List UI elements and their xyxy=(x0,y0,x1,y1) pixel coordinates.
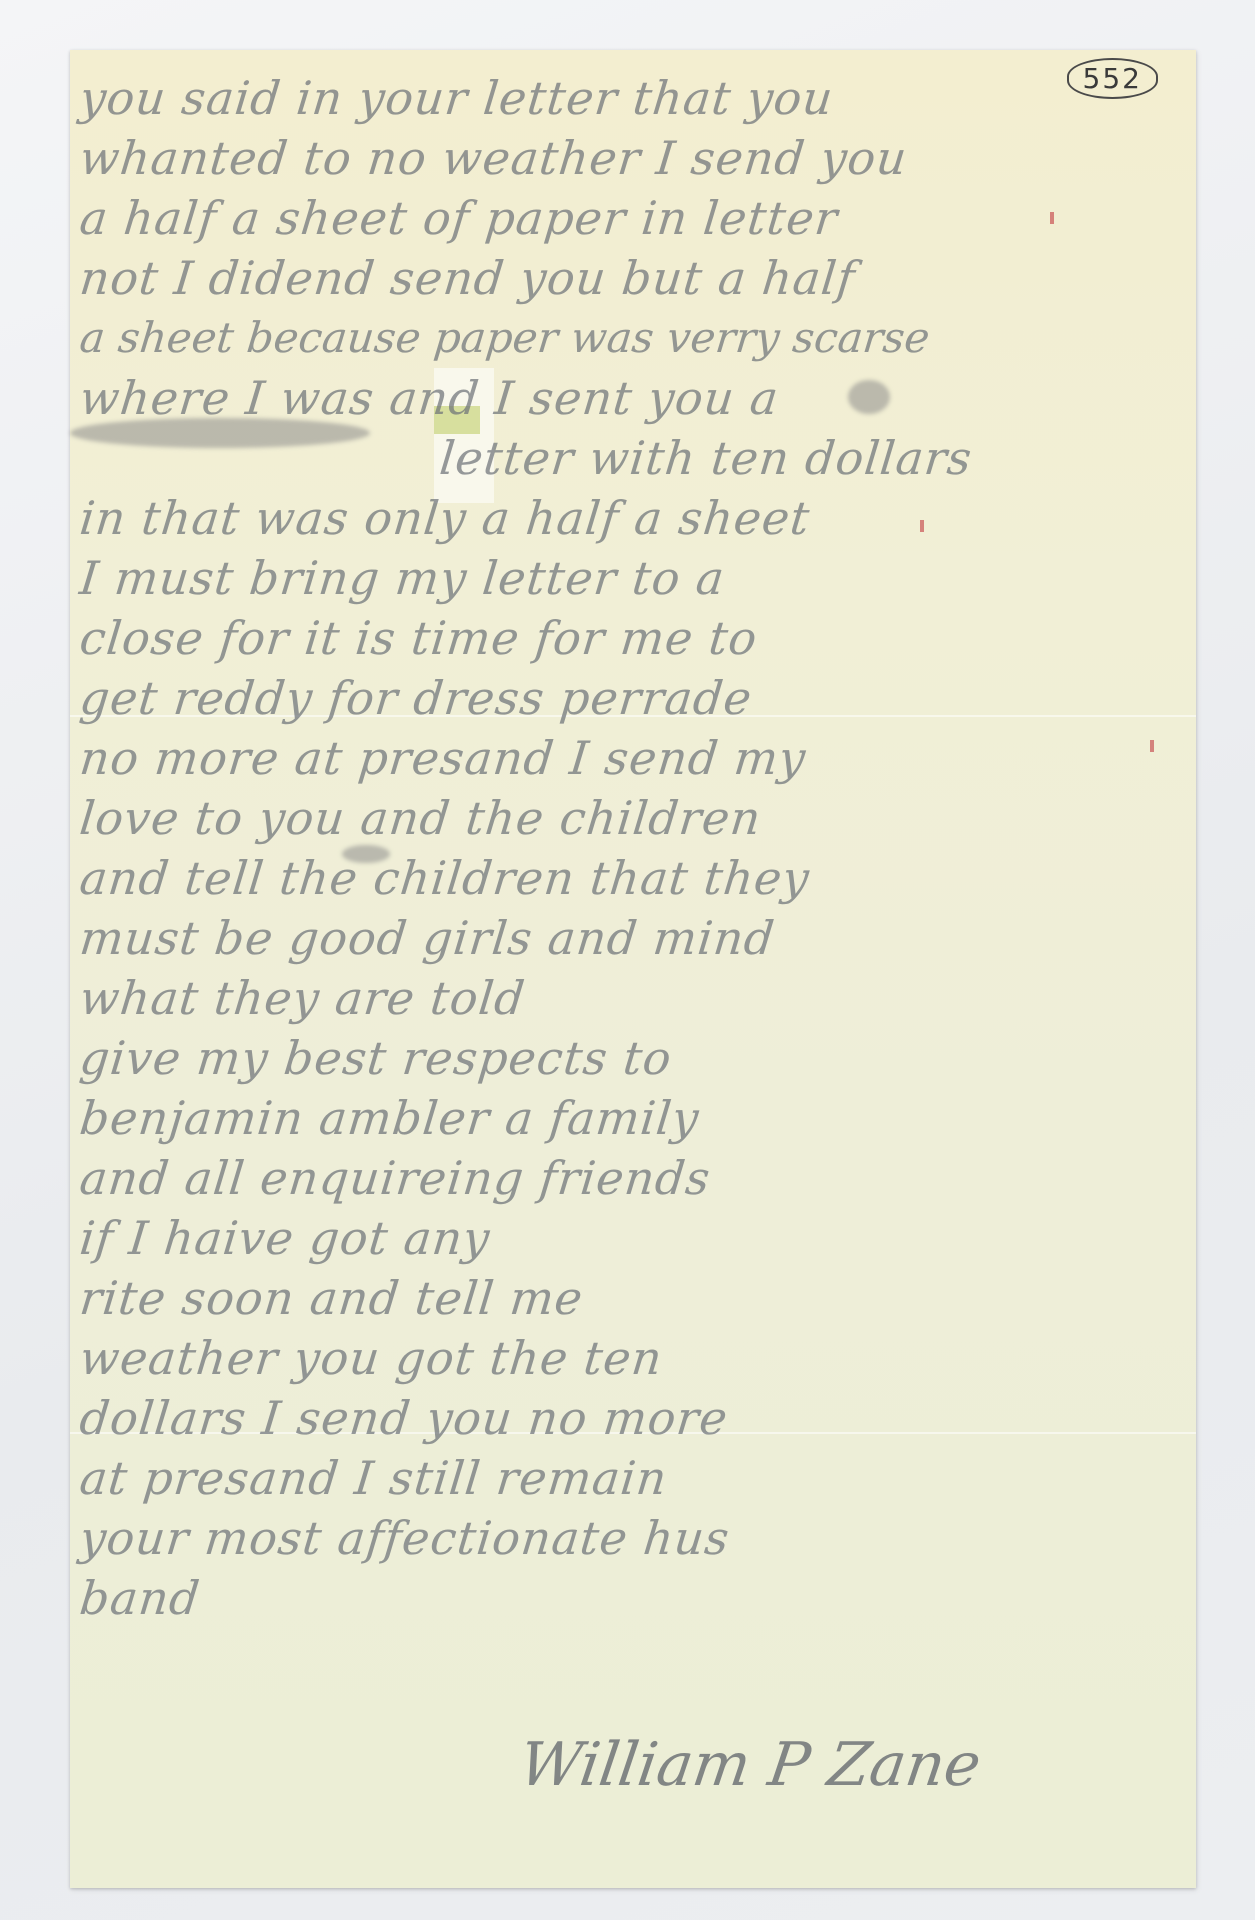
letter-line: and tell the children that they xyxy=(77,848,1193,908)
letter-line: love to you and the children xyxy=(77,788,1193,848)
letter-line: what they are told xyxy=(77,968,1193,1028)
letter-line: letter with ten dollars xyxy=(77,428,1193,488)
letter-body: you said in your letter that you whanted… xyxy=(80,68,1190,1628)
letter-line: close for it is time for me to xyxy=(77,608,1193,668)
letter-line: in that was only a half a sheet xyxy=(77,488,1193,548)
letter-line: whanted to no weather I send you xyxy=(77,128,1193,188)
letter-line: not I didend send you but a half xyxy=(77,248,1193,308)
letter-line: at presand I still remain xyxy=(77,1448,1193,1508)
letter-line: must be good girls and mind xyxy=(77,908,1193,968)
letter-line: weather you got the ten xyxy=(77,1328,1193,1388)
letter-line: you said in your letter that you xyxy=(77,68,1193,128)
letter-line: your most affectionate hus xyxy=(77,1508,1193,1568)
letter-line: band xyxy=(77,1568,1193,1628)
letter-line: get reddy for dress perrade xyxy=(77,668,1193,728)
letter-line: and all enquireing friends xyxy=(77,1148,1193,1208)
letter-line: where I was and I sent you a xyxy=(77,368,1193,428)
letter-line: a half a sheet of paper in letter xyxy=(77,188,1193,248)
letter-page: 552 you said in your letter that you wha… xyxy=(70,50,1196,1888)
letter-line: benjamin ambler a family xyxy=(77,1088,1193,1148)
letter-line: if I haive got any xyxy=(77,1208,1193,1268)
letter-line: dollars I send you no more xyxy=(77,1388,1193,1448)
signature: William P Zane xyxy=(515,1730,985,1800)
letter-line: give my best respects to xyxy=(77,1028,1193,1088)
letter-line: a sheet because paper was verry scarse xyxy=(77,308,1193,368)
letter-line: no more at presand I send my xyxy=(77,728,1193,788)
letter-line: rite soon and tell me xyxy=(77,1268,1193,1328)
letter-line: I must bring my letter to a xyxy=(77,548,1193,608)
